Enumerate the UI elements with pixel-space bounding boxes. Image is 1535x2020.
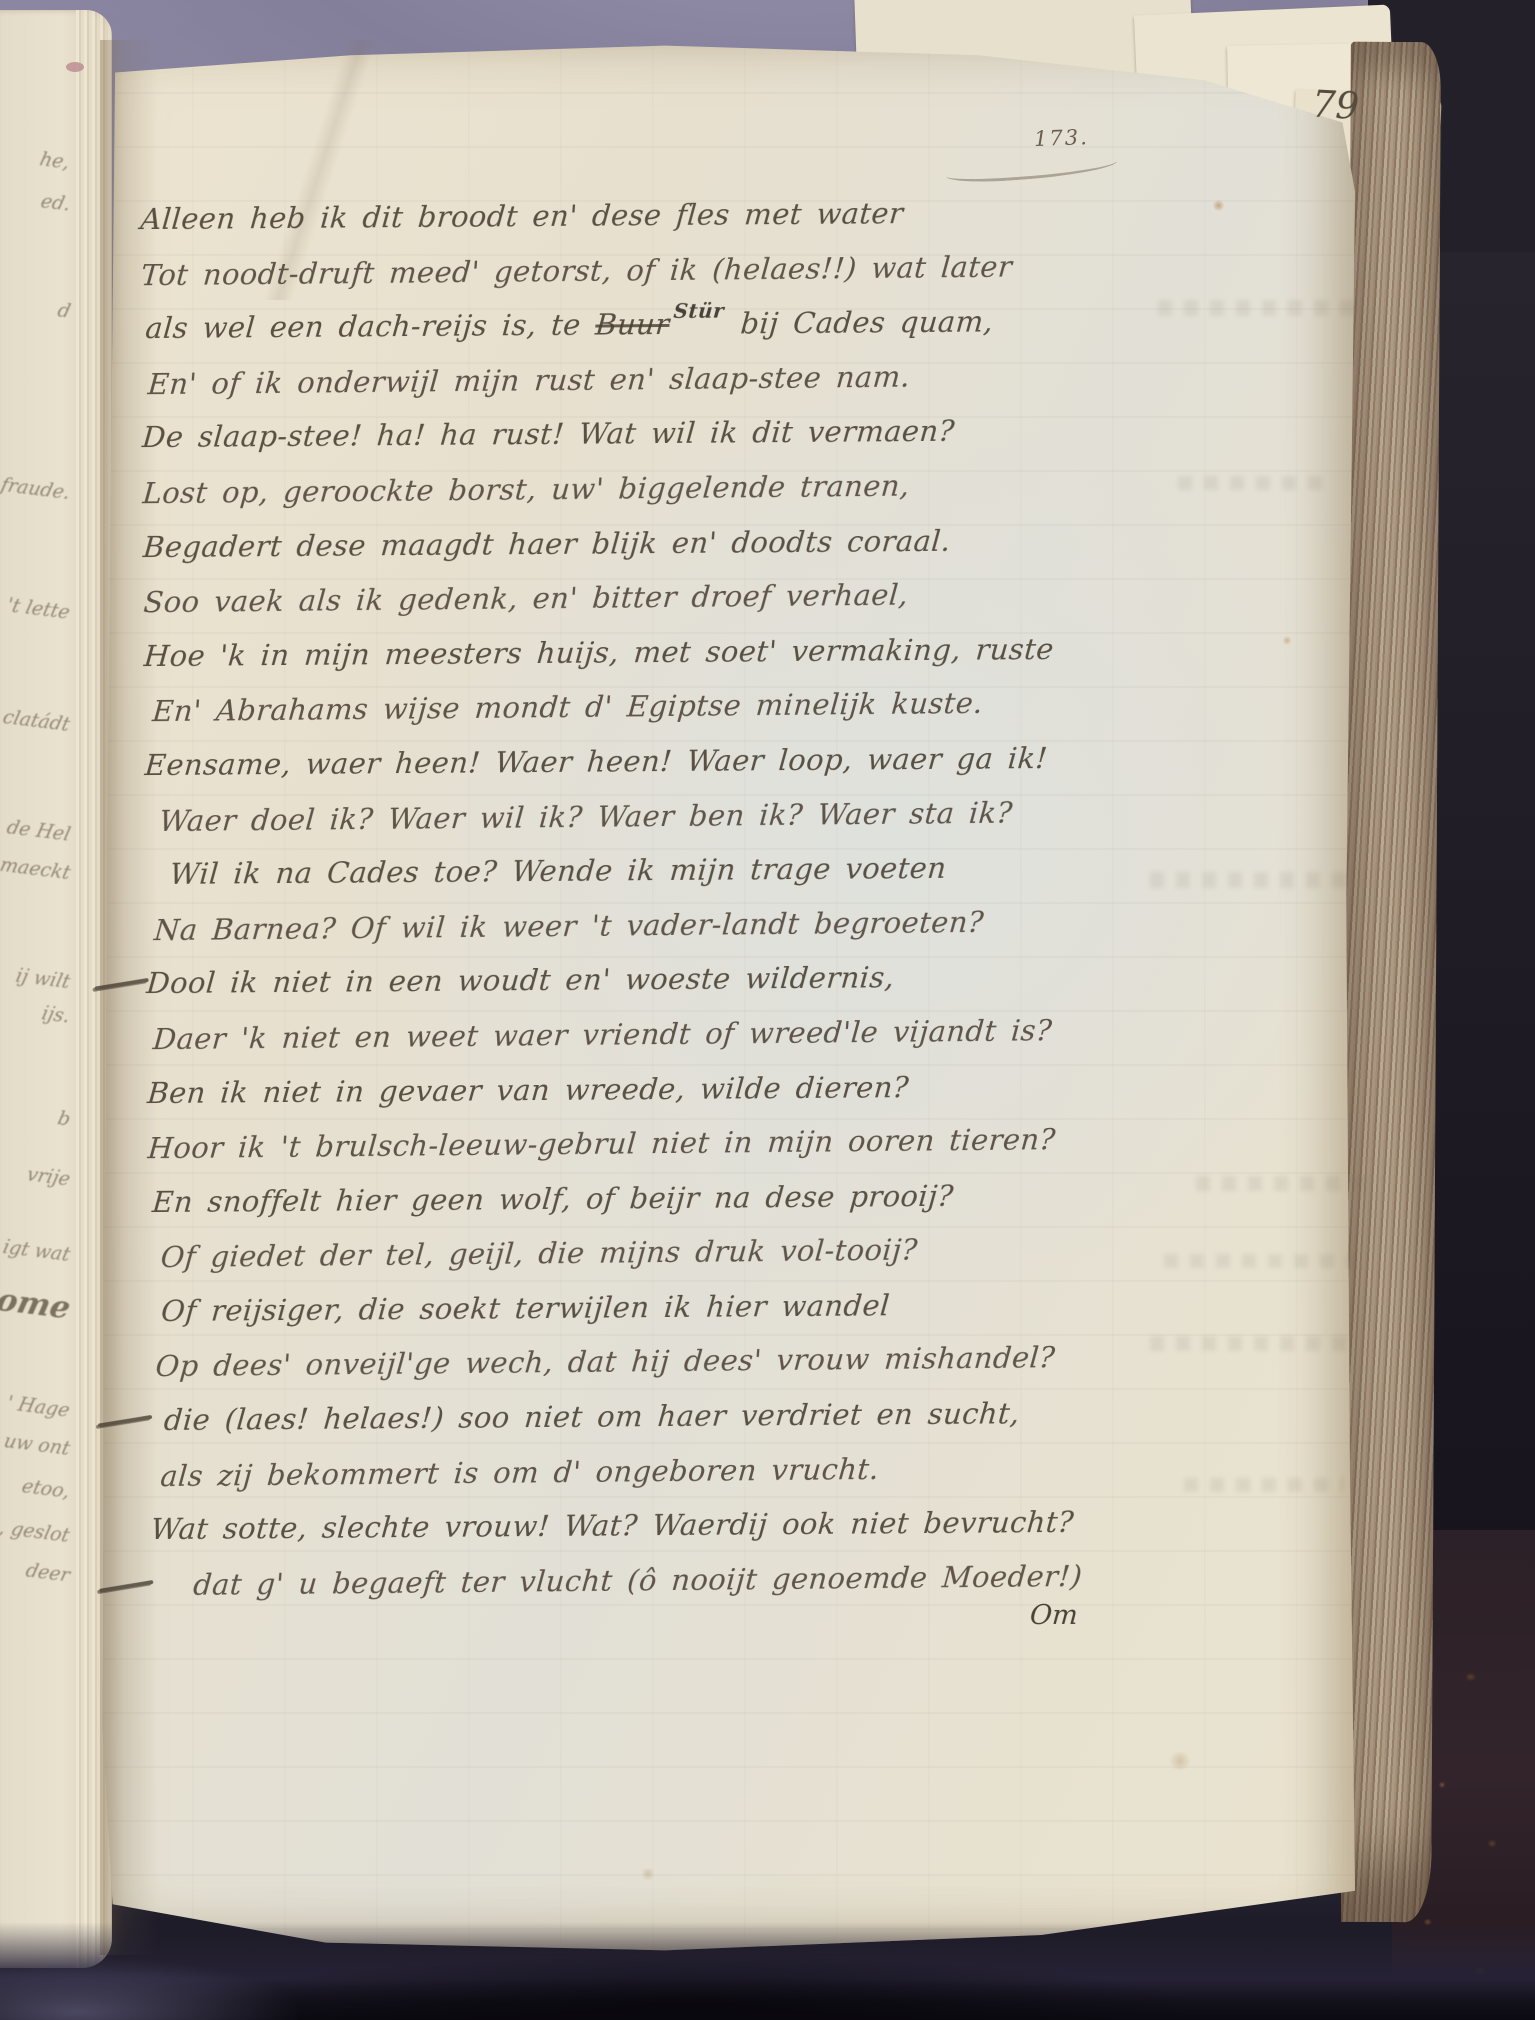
facing-page-text-fragment: ' Hage [5,1392,72,1421]
poem-line: Dool ik niet in een woudt en' woeste wil… [144,948,1188,1011]
facing-page-text-fragment: ed. [38,190,72,215]
poem-line-text: Alleen heb ik dit broodt en' dese fles m… [139,196,904,236]
poem-line-text: dat g' u begaeft ter vlucht (ô nooijt ge… [192,1559,1084,1602]
poem-line: Wat sotte, slechte vrouw! Wat? Waerdij o… [149,1494,1193,1557]
poem-line: als zij bekommert is om d' ongeboren vru… [148,1438,1192,1503]
poem-line-text: De slaap-stee! ha! ha rust! Wat wil ik d… [141,414,956,454]
poem-line: Tot noodt-druft meed' getorst, of ik (he… [139,237,1183,302]
poem-line: Hoor ik 't brulsch-leeuw-gebrul niet in … [146,1111,1190,1176]
poem-line-text: Daer 'k niet en weet waer vriendt of wre… [152,1013,1054,1056]
fabric-sliver [66,62,84,72]
ink-showthrough [1196,1176,1366,1191]
poem-line-text: Op dees' onveijl'ge wech, dat hij dees' … [154,1341,1056,1384]
poem-line-text: als wel een dach-reijs is, te [144,308,597,346]
facing-page-text-fragment: igt wat [1,1236,73,1266]
poem-line: Daer 'k niet en weet waer vriendt of wre… [145,1002,1189,1067]
catchword: Om [1029,1600,1079,1631]
facing-page-text-fragment: maeckt [0,854,72,884]
poem-line-text: Begadert dese maagdt haer blijk en' dood… [142,523,952,563]
poem-line: die (laes! helaes!) soo niet om haer ver… [148,1385,1192,1448]
facing-page-text-fragment: ijs. [40,1003,73,1028]
facing-page-text-fragment: clatádt [1,706,72,736]
poem-line: Of giedet der tel, geijl, die mijns druk… [147,1220,1191,1285]
facing-page-text-fragment: deer [24,1560,72,1587]
poem-line-text: die (laes! helaes!) soo niet om haer ver… [163,1396,1021,1437]
facing-page-text-fragment: vrije [25,1164,73,1191]
poem-line: En' Abrahams wijse mondt d' Egiptse mine… [142,674,1186,739]
poem-line-text: als zij bekommert is om d' ongeboren vru… [159,1452,880,1493]
poem-line: De slaap-stee! ha! ha rust! Wat wil ik d… [140,402,1184,465]
ink-showthrough [1164,1254,1354,1268]
facing-page-text-fragment: d [55,299,72,322]
fabric-background-bottom [0,1922,1535,2020]
poem-line-text: Eensame, waer heen! Waer heen! Waer loop… [144,741,1049,782]
poem-line-text: Ben ik niet in gevaer van wreede, wilde … [146,1070,910,1110]
poem-line-text: Tot noodt-druft meed' getorst, of ik (he… [140,249,1014,292]
poem-line: Hoe 'k in mijn meesters huijs, met soet'… [142,621,1186,684]
ink-showthrough [1184,1478,1344,1492]
facing-page-text-fragment: ŭitkome [0,1274,74,1327]
facing-page-text-fragment: b, geslot [0,1515,72,1547]
facing-page-text-fragment: fraude. [0,474,72,504]
poem-line-text: bij Cades quam, [725,305,995,341]
poem-line-text: Waer doel ik? Waer wil ik? Waer ben ik? … [158,795,1014,838]
ink-showthrough [1158,300,1358,316]
facing-page-text-fragment: de Hel [4,816,72,845]
poem-line-text: Wat sotte, slechte vrouw! Wat? Waerdij o… [150,1505,1076,1546]
interlinear-correction: Stür [673,299,725,323]
poem-line: Eensame, waer heen! Waer heen! Waer loop… [143,730,1187,793]
poem-line-text: Na Barnea? Of wil ik weer 't vader-landt… [153,905,985,947]
struck-word: Buur [594,307,671,342]
poem-line-text: En' of ik onderwijl mijn rust en' slaap-… [147,359,912,401]
folio-number: 173. [1034,125,1090,151]
poem-line-text: Wil ik na Cades toe? Wende ik mijn trage… [168,851,947,891]
facing-page-text-fragment: 't lette [5,594,72,623]
foxing-spot [1168,1752,1192,1770]
facing-page-text-fragment: b [55,1107,72,1130]
poem-line-text: En snoffelt hier geen wolf, of beijr na … [151,1178,955,1218]
poem-line: Of reijsiger, die soekt terwijlen ik hie… [147,1276,1191,1339]
poem-line-text: Soo vaek als ik gedenk, en' bitter droef… [142,578,909,620]
poem-line: En snoffelt hier geen wolf, of beijr na … [146,1167,1190,1230]
page-fore-edge [1341,42,1441,1922]
manuscript-photo: he,ed.dfraude.'t letteclatádtde Helmaeck… [0,0,1535,2020]
facing-page-fragments: he,ed.dfraude.'t letteclatádtde Helmaeck… [0,0,78,2020]
poem-line: Alleen heb ik dit broodt en' dese fles m… [138,184,1182,247]
poem-line: Ben ik niet in gevaer van wreede, wilde … [145,1057,1189,1120]
facing-page-text-fragment: etoo, [20,1475,72,1502]
facing-page-text-fragment: he, [38,148,72,173]
poem-line: als wel een dach-reijs is, te BuurStür b… [139,293,1183,356]
poem-line-text: Hoe 'k in mijn meesters huijs, met soet'… [143,632,1055,673]
poem-line-text: Of reijsiger, die soekt terwijlen ik hie… [160,1288,891,1328]
poem-line-text: Hoor ik 't brulsch-leeuw-gebrul niet in … [147,1122,1057,1165]
poem-line: Begadert dese maagdt haer blijk en' dood… [141,511,1185,574]
foxing-spot [1212,200,1225,211]
poem-line: Lost op, geroockte borst, uw' biggelende… [141,456,1185,521]
poem-text-block: Alleen heb ik dit broodt en' dese fles m… [140,184,1191,1612]
poem-line: En' of ik onderwijl mijn rust en' slaap-… [140,347,1184,412]
page-number: 79 [1311,83,1360,128]
facing-page-text-fragment: ij wilt [14,965,73,993]
foxing-spot [640,1868,656,1880]
foxing-spot [1282,636,1292,645]
poem-line-text: En' Abrahams wijse mondt d' Egiptse mine… [151,686,984,728]
poem-line: Wil ik na Cades toe? Wende ik mijn trage… [144,839,1188,902]
ink-showthrough [1178,476,1328,490]
facing-page-text-fragment: uw ont [2,1430,72,1460]
poem-line: Soo vaek als ik gedenk, en' bitter droef… [141,565,1185,630]
poem-line: Waer doel ik? Waer wil ik? Waer ben ik? … [143,783,1187,848]
poem-line-text: Dool ik niet in een woudt en' woeste wil… [145,961,895,1001]
poem-line-text: Lost op, geroockte borst, uw' biggelende… [141,469,911,511]
poem-line-text: Of giedet der tel, geijl, die mijns druk… [159,1233,918,1275]
poem-line: Op dees' onveijl'ge wech, dat hij dees' … [147,1329,1191,1394]
poem-line: Na Barnea? Of wil ik weer 't vader-landt… [144,893,1188,958]
